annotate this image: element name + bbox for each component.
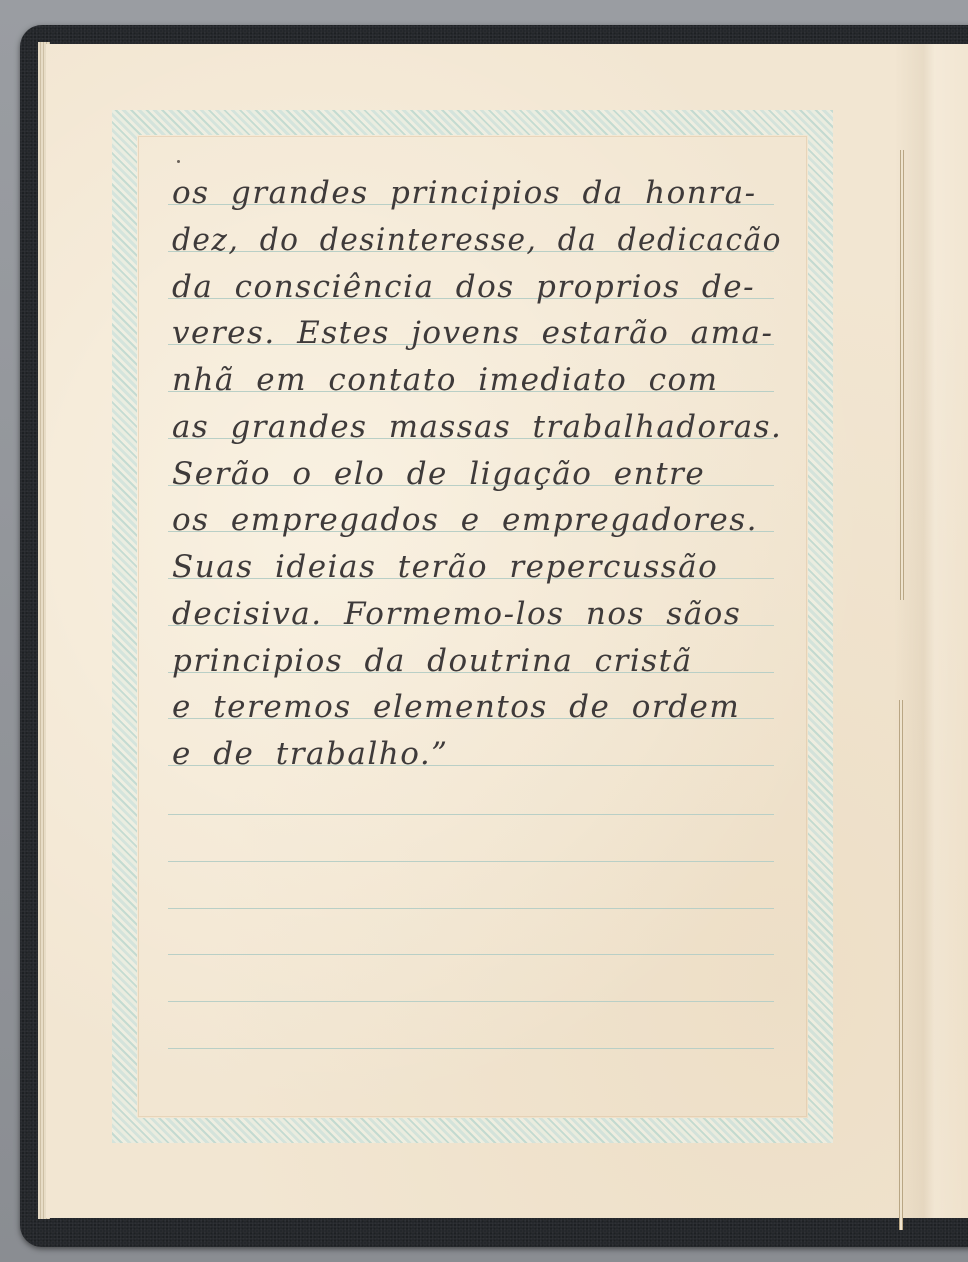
handwritten-line: dez, do desinteresse, da dedicacão	[172, 225, 751, 256]
handwritten-line: e de trabalho.”	[172, 739, 778, 770]
rule-line-empty	[168, 1048, 774, 1049]
rule-line-empty	[168, 814, 774, 815]
handwritten-line: Suas ideias terão repercussão	[172, 552, 778, 583]
notebook-page: os grandes principios da honra- dez, do …	[46, 44, 968, 1218]
handwritten-line: os empregados e empregadores.	[172, 505, 778, 536]
rule-line-empty	[168, 1001, 774, 1002]
rule-line-empty	[168, 954, 774, 955]
rule-line-empty	[168, 861, 774, 862]
handwritten-line: da consciência dos proprios de-	[172, 272, 778, 303]
handwritten-line: Serão o elo de ligação entre	[172, 459, 778, 490]
rule-line-empty	[168, 908, 774, 909]
handwritten-line: as grandes massas trabalhadoras.	[172, 412, 775, 443]
handwritten-line: decisiva. Formemo-los nos sãos	[172, 599, 778, 630]
handwritten-line: os grandes principios da honra-	[172, 178, 778, 209]
handwritten-line: nhã em contato imediato com	[172, 365, 778, 396]
handwritten-line: principios da doutrina cristã	[172, 646, 778, 677]
handwritten-line: e teremos elementos de ordem	[172, 692, 778, 723]
handwritten-line: veres. Estes jovens estarão ama-	[172, 318, 778, 349]
